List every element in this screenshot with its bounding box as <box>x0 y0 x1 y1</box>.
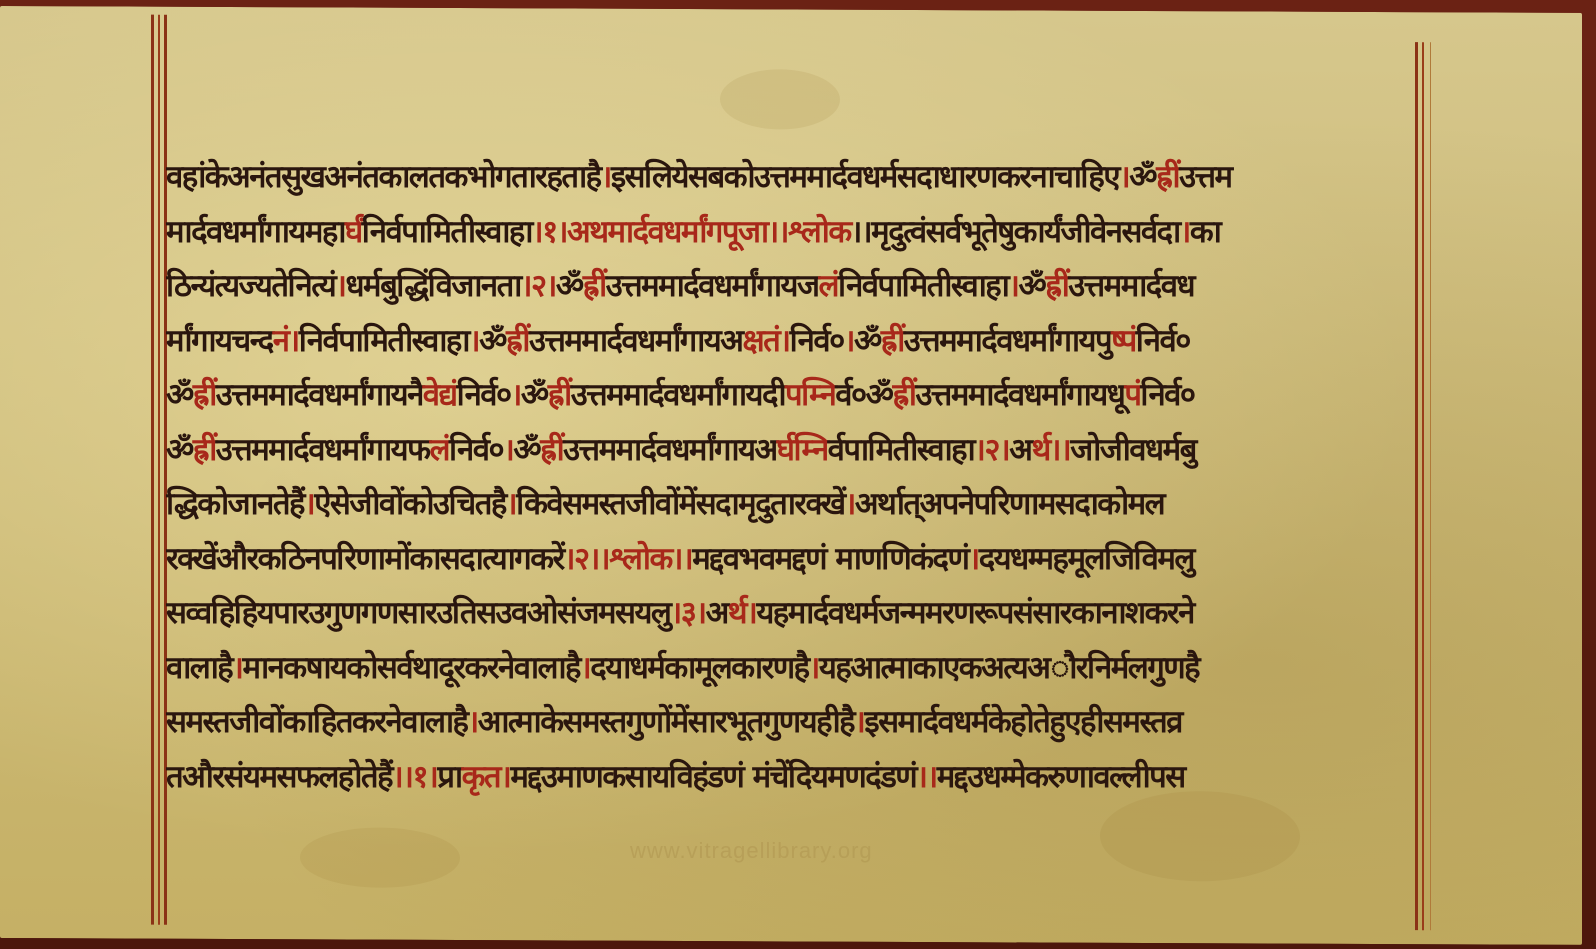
manuscript-line: मार्दवधर्मांगायमहार्घंनिर्वपामितीस्वाहा।… <box>166 205 1426 260</box>
text-segment: ॐ <box>1018 268 1045 304</box>
manuscript-line: ठिन्यंत्यज्यतेनित्यं।धर्मबुद्धिंविजानता।… <box>166 259 1426 314</box>
rubric-text-segment: लं <box>430 432 450 468</box>
rubric-text-segment: ।। <box>768 214 789 250</box>
text-segment: उत्तममार्दवधर्मांगायअ <box>529 323 743 359</box>
rubric-text-segment: ष्पं <box>1111 323 1136 359</box>
text-segment: धर्मबुद्धिंविजानता <box>345 268 520 304</box>
text-segment: ॐ <box>521 377 548 413</box>
left-margin-rule-outer <box>151 15 154 925</box>
rubric-text-segment: । <box>467 704 477 740</box>
text-segment: निर्व० <box>1140 377 1194 413</box>
rubric-text-segment: कृत <box>462 759 500 795</box>
rubric-text-segment: ह्रीं <box>540 432 563 468</box>
text-segment: निर्व० <box>1136 323 1190 359</box>
rubric-text-segment: अथमार्दवधर्मांगपूजा <box>567 214 767 250</box>
text-segment: मद्दवभवमद्दणं माणणिकंदणं <box>692 541 968 577</box>
rubric-text-segment: ।। <box>672 541 693 577</box>
manuscript-line: र्मांगायचन्दनं।निर्वपामितीस्वाहा।ॐह्रींउ… <box>166 314 1426 369</box>
rubric-text-segment: र्थ <box>1031 432 1049 468</box>
rubric-text-segment: ह्रीं <box>583 268 606 304</box>
right-fold-crease <box>1430 42 1431 930</box>
text-segment: निर्वपामितीस्वाहा <box>299 323 469 359</box>
rubric-text-segment: । <box>506 486 516 522</box>
text-segment: उत्तम <box>1179 159 1231 195</box>
rubric-text-segment: वेद्यं <box>423 377 457 413</box>
text-segment: यहमार्दवधर्मजन्ममरणरूपसंसारकानाशकरने <box>756 595 1194 631</box>
rubric-text-segment: । <box>809 650 819 686</box>
manuscript-line: वालाहै।मानकषायकोसर्वथादूरकरनेवालाहै।दयाध… <box>166 641 1426 696</box>
text-segment: उत्तममार्दवधर्मांगायपु <box>904 323 1111 359</box>
text-segment: निर्वपामितीस्वाहा <box>362 214 532 250</box>
rubric-text-segment: ।।१। <box>392 759 437 795</box>
text-segment: निर्व० <box>790 323 844 359</box>
text-segment: अ <box>706 595 728 631</box>
text-segment: ॐ <box>556 268 583 304</box>
text-segment: यहआत्माकाएकअत्यअौरनिर्मलगुणहै <box>819 650 1199 686</box>
text-segment: द्धिकोजानतेहैं <box>166 486 304 522</box>
text-segment: निर्व० <box>457 377 511 413</box>
text-segment: तऔरसंयमसफलहोतेहैं <box>166 759 392 795</box>
rubric-text-segment: ।२। <box>974 432 1009 468</box>
rubric-text-segment: र्घं <box>345 214 362 250</box>
text-segment: अर्थात्अपनेपरिणामसदाकोमल <box>855 486 1164 522</box>
text-segment: आत्माकेसमस्तगुणोंमेंसारभूतगुणयहीहै <box>478 704 854 740</box>
rubric-text-segment: ह्रीं <box>892 377 915 413</box>
rubric-text-segment: । <box>746 595 756 631</box>
rubric-text-segment: । <box>1119 159 1129 195</box>
rubric-text-segment: । <box>1180 214 1190 250</box>
paper-stain <box>720 69 840 130</box>
rubric-text-segment: क्षतं <box>742 323 779 359</box>
rubric-text-segment: ह्रीं <box>1045 268 1068 304</box>
rubric-text-segment: ।। <box>1050 432 1071 468</box>
text-segment: वहांकेअनंतसुखअनंतकालतकभोगतारहताहै <box>166 159 601 195</box>
rubric-text-segment: । <box>968 541 978 577</box>
text-segment: ठिन्यंत्यज्यतेनित्यं <box>166 268 335 304</box>
paper-stain <box>300 827 460 888</box>
rubric-text-segment: पम् <box>785 377 835 413</box>
text-segment: अ <box>1009 432 1031 468</box>
rubric-text-segment: श्लोक <box>788 214 851 250</box>
text-segment: निर्वपामितीस्वाहा <box>828 432 974 468</box>
text-segment: निर्व० <box>449 432 503 468</box>
text-segment: उत्तममार्दवध <box>1068 268 1194 304</box>
text-segment: ॐ <box>166 432 193 468</box>
manuscript-text-block: वहांकेअनंतसुखअनंतकालतकभोगतारहताहै।इसलिये… <box>166 150 1426 804</box>
text-segment: दयाधर्मकामूलकारणहै <box>590 650 808 686</box>
rubric-text-segment: । <box>511 377 521 413</box>
rubric-text-segment: ह्रीं <box>1156 159 1179 195</box>
rubric-text-segment: नं <box>273 323 289 359</box>
rubric-text-segment: ।। <box>916 759 937 795</box>
rubric-text-segment: श्लोक <box>609 541 672 577</box>
text-segment: उत्तममार्दवधर्मांगायदी <box>571 377 785 413</box>
text-segment: ॐ <box>166 377 193 413</box>
rubric-text-segment: पं <box>1124 377 1140 413</box>
rubric-text-segment: । <box>335 268 345 304</box>
rubric-text-segment: । <box>1008 268 1018 304</box>
text-segment: ॐ <box>479 323 506 359</box>
text-segment: उत्तममार्दवधर्मांगायअ <box>563 432 777 468</box>
text-segment: उत्तममार्दवधर्मांगायनै <box>216 377 423 413</box>
text-segment: उत्तममार्दवधर्मांगायज <box>606 268 819 304</box>
manuscript-line: तऔरसंयमसफलहोतेहैं।।१।प्राकृत।मद्दउमाणकसा… <box>166 750 1426 805</box>
text-segment: निर्व० <box>835 377 865 413</box>
text-segment: मद्दउमाणकसायविहंडणं मंचेंदियमणदंडणं <box>510 759 916 795</box>
rubric-text-segment: । <box>232 650 242 686</box>
text-segment: समस्तजीवोंकाहितकरनेवालाहै <box>166 704 467 740</box>
rubric-text-segment: ।३। <box>670 595 705 631</box>
rubric-text-segment: । <box>779 323 789 359</box>
rubric-text-segment: ।२।। <box>564 541 609 577</box>
rubric-text-segment: । <box>304 486 314 522</box>
manuscript-line: ॐह्रींउत्तममार्दवधर्मांगायनैवेद्यंनिर्व०… <box>166 368 1426 423</box>
rubric-text-segment: ह्रीं <box>506 323 529 359</box>
text-segment: दयधम्महमूलजिविमलु <box>979 541 1194 577</box>
text-segment: ।।मृदुत्वंसर्वभूतेषुकार्यंजीवेनसर्वदा <box>851 214 1180 250</box>
rubric-text-segment: । <box>500 759 510 795</box>
rubric-text-segment: । <box>845 486 855 522</box>
rubric-text-segment: । <box>580 650 590 686</box>
text-segment: निर्वपामितीस्वाहा <box>838 268 1008 304</box>
text-segment: ऐसेजीवोंकोउचितहै <box>314 486 506 522</box>
manuscript-line: ॐह्रींउत्तममार्दवधर्मांगायफलंनिर्व०।ॐह्र… <box>166 423 1426 478</box>
text-segment: ॐ <box>1129 159 1156 195</box>
text-segment: उत्तममार्दवधर्मांगायधू <box>915 377 1124 413</box>
manuscript-line: समस्तजीवोंकाहितकरनेवालाहै।आत्माकेसमस्तगु… <box>166 695 1426 750</box>
rubric-text-segment: । <box>288 323 298 359</box>
rubric-text-segment: ह्रीं <box>548 377 571 413</box>
rubric-text-segment: र्थ <box>728 595 746 631</box>
text-segment: वालाहै <box>166 650 232 686</box>
manuscript-line: रक्खेंऔरकठिनपरिणामोंकासदात्यागकरें।२।।श्… <box>166 532 1426 587</box>
text-segment: इसमार्दवधर्मकेहोतेहुएहीसमस्तव्र <box>864 704 1182 740</box>
text-segment: ॐ <box>866 377 893 413</box>
text-segment: मद्दउधम्मेकरुणावल्लीपस <box>937 759 1185 795</box>
text-segment: सव्वहिहियपारउगुणगणसारउतिसउवओसंजमसयलु <box>166 595 670 631</box>
left-margin-rule-middle <box>158 15 160 925</box>
rubric-text-segment: ह्रीं <box>193 377 216 413</box>
manuscript-line: वहांकेअनंतसुखअनंतकालतकभोगतारहताहै।इसलिये… <box>166 150 1426 205</box>
rubric-text-segment: । <box>844 323 854 359</box>
rubric-text-segment: । <box>469 323 479 359</box>
rubric-text-segment: ।१। <box>532 214 567 250</box>
text-segment: किवेसमस्तजीवोंमेंसदामृदुतारक्खें <box>516 486 845 522</box>
rubric-text-segment: । <box>601 159 611 195</box>
manuscript-line: द्धिकोजानतेहैं।ऐसेजीवोंकोउचितहै।किवेसमस्… <box>166 477 1426 532</box>
text-segment: मार्दवधर्मांगायमहा <box>166 214 345 250</box>
text-segment: उत्तममार्दवधर्मांगायफ <box>216 432 430 468</box>
text-segment: जोजीवधर्मबु <box>1070 432 1196 468</box>
text-segment: र्मांगायचन्द <box>166 323 273 359</box>
text-segment: रक्खेंऔरकठिनपरिणामोंकासदात्यागकरें <box>166 541 564 577</box>
rubric-text-segment: ह्रीं <box>881 323 904 359</box>
rubric-text-segment: लं <box>819 268 839 304</box>
text-segment: प्रा <box>437 759 461 795</box>
text-segment: इसलियेसबकोउत्तममार्दवधर्मसदाधारणकरनाचाहि… <box>611 159 1119 195</box>
rubric-text-segment: ह्रीं <box>193 432 216 468</box>
text-segment: ॐ <box>854 323 881 359</box>
rubric-text-segment: । <box>503 432 513 468</box>
paper-stain <box>1100 791 1300 882</box>
text-segment: ॐ <box>513 432 540 468</box>
text-segment: का <box>1190 214 1220 250</box>
rubric-text-segment: र्घम् <box>777 432 828 468</box>
rubric-text-segment: । <box>854 704 864 740</box>
manuscript-line: सव्वहिहियपारउगुणगणसारउतिसउवओसंजमसयलु।३।अ… <box>166 586 1426 641</box>
text-segment: मानकषायकोसर्वथादूरकरनेवालाहै <box>243 650 580 686</box>
rubric-text-segment: ।२। <box>521 268 556 304</box>
library-watermark: www.vitragellibrary.org <box>630 838 873 864</box>
